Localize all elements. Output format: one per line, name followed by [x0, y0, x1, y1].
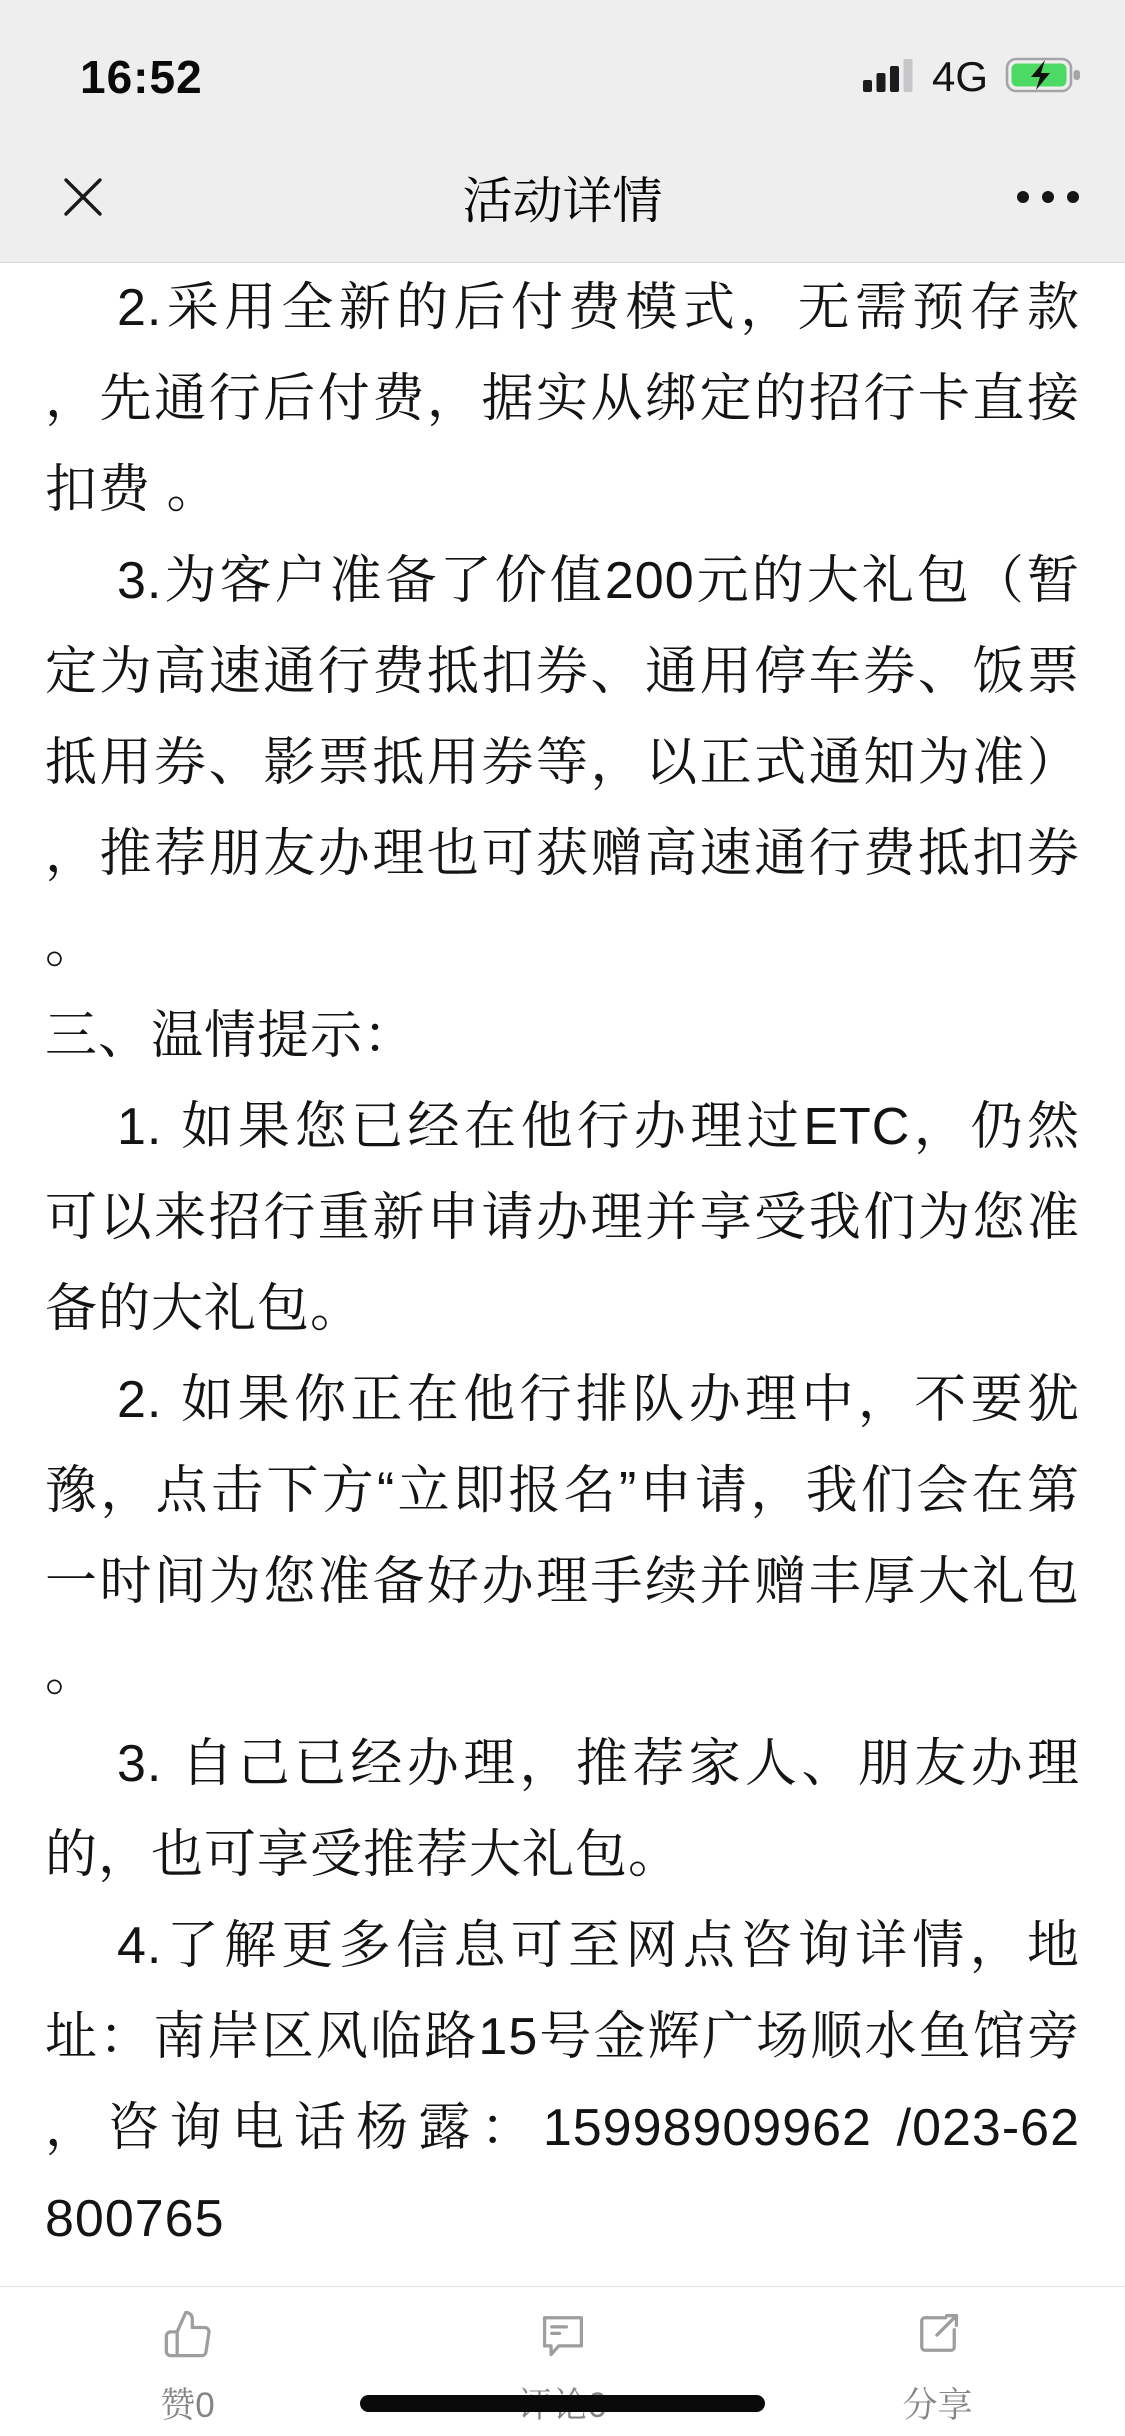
article-line: ，先通行后付费，据实从绑定的招行卡直接 — [45, 354, 1080, 445]
share-icon — [912, 2308, 964, 2365]
like-button[interactable]: 赞0 — [0, 2287, 375, 2436]
bottom-toolbar: 赞0 评论0 分享 — [0, 2286, 1125, 2436]
article-line: 2. 如果你正在他行排队办理中，不要犹 — [45, 1355, 1080, 1446]
network-type-label: 4G — [932, 53, 988, 101]
signal-bars-icon — [863, 58, 915, 97]
article-line: 3. 自己已经办理，推荐家人、朋友办理 — [45, 1719, 1080, 1810]
article-line: ，咨询电话杨露：15998909962 /023-62 — [45, 2083, 1080, 2174]
article-line: 的，也可享受推荐大礼包。 — [45, 1810, 1080, 1901]
article-line: 2.采用全新的后付费模式，无需预存款 — [45, 263, 1080, 354]
article-line: 址：南岸区风临路15号金辉广场顺水鱼馆旁 — [45, 1992, 1080, 2083]
thumbs-up-icon — [162, 2308, 214, 2365]
article-line: 1. 如果您已经在他行办理过ETC，仍然 — [45, 1082, 1080, 1173]
article-line: 一时间为您准备好办理手续并赠丰厚大礼包 — [45, 1537, 1080, 1628]
comment-button[interactable]: 评论0 — [375, 2287, 750, 2436]
article-line: 豫，点击下方“立即报名”申请，我们会在第 — [45, 1446, 1080, 1537]
status-bar: 16:52 4G — [0, 0, 1125, 132]
article-line: 抵用券、影票抵用券等，以正式通知为准） — [45, 718, 1080, 809]
article-line: 3.为客户准备了价值200元的大礼包（暂 — [45, 536, 1080, 627]
article-line: ，推荐朋友办理也可获赠高速通行费抵扣券 — [45, 809, 1080, 900]
status-right-cluster: 4G — [863, 53, 1083, 101]
battery-charging-icon — [1005, 57, 1083, 98]
share-button[interactable]: 分享 — [750, 2287, 1125, 2436]
more-dots-icon — [1017, 191, 1079, 203]
article-line: 扣费 。 — [45, 445, 1080, 536]
article-line: 4.了解更多信息可至网点咨询详情，地 — [45, 1901, 1080, 1992]
article-line: 备的大礼包。 — [45, 1264, 1080, 1355]
more-button[interactable] — [1017, 132, 1079, 262]
comment-bubble-icon — [537, 2308, 589, 2365]
article-line: 三、温情提示： — [45, 991, 1080, 1082]
article-line: 定为高速通行费抵扣券、通用停车券、饭票 — [45, 627, 1080, 718]
article-line: 。 — [45, 900, 1080, 991]
article-line: 800765 — [45, 2174, 1080, 2265]
page-title: 活动详情 — [0, 132, 1125, 262]
share-label: 分享 — [902, 2388, 972, 2424]
article-line: 。 — [45, 1628, 1080, 1719]
screen: 16:52 4G — [0, 0, 1125, 2436]
like-label: 赞0 — [160, 2388, 214, 2424]
article-content: 2.采用全新的后付费模式，无需预存款，先通行后付费，据实从绑定的招行卡直接扣费 … — [0, 263, 1125, 2265]
nav-bar: 活动详情 — [0, 132, 1125, 263]
article-line: 可以来招行重新申请办理并享受我们为您准 — [45, 1173, 1080, 1264]
status-time: 16:52 — [80, 50, 203, 104]
home-indicator[interactable] — [360, 2395, 765, 2412]
